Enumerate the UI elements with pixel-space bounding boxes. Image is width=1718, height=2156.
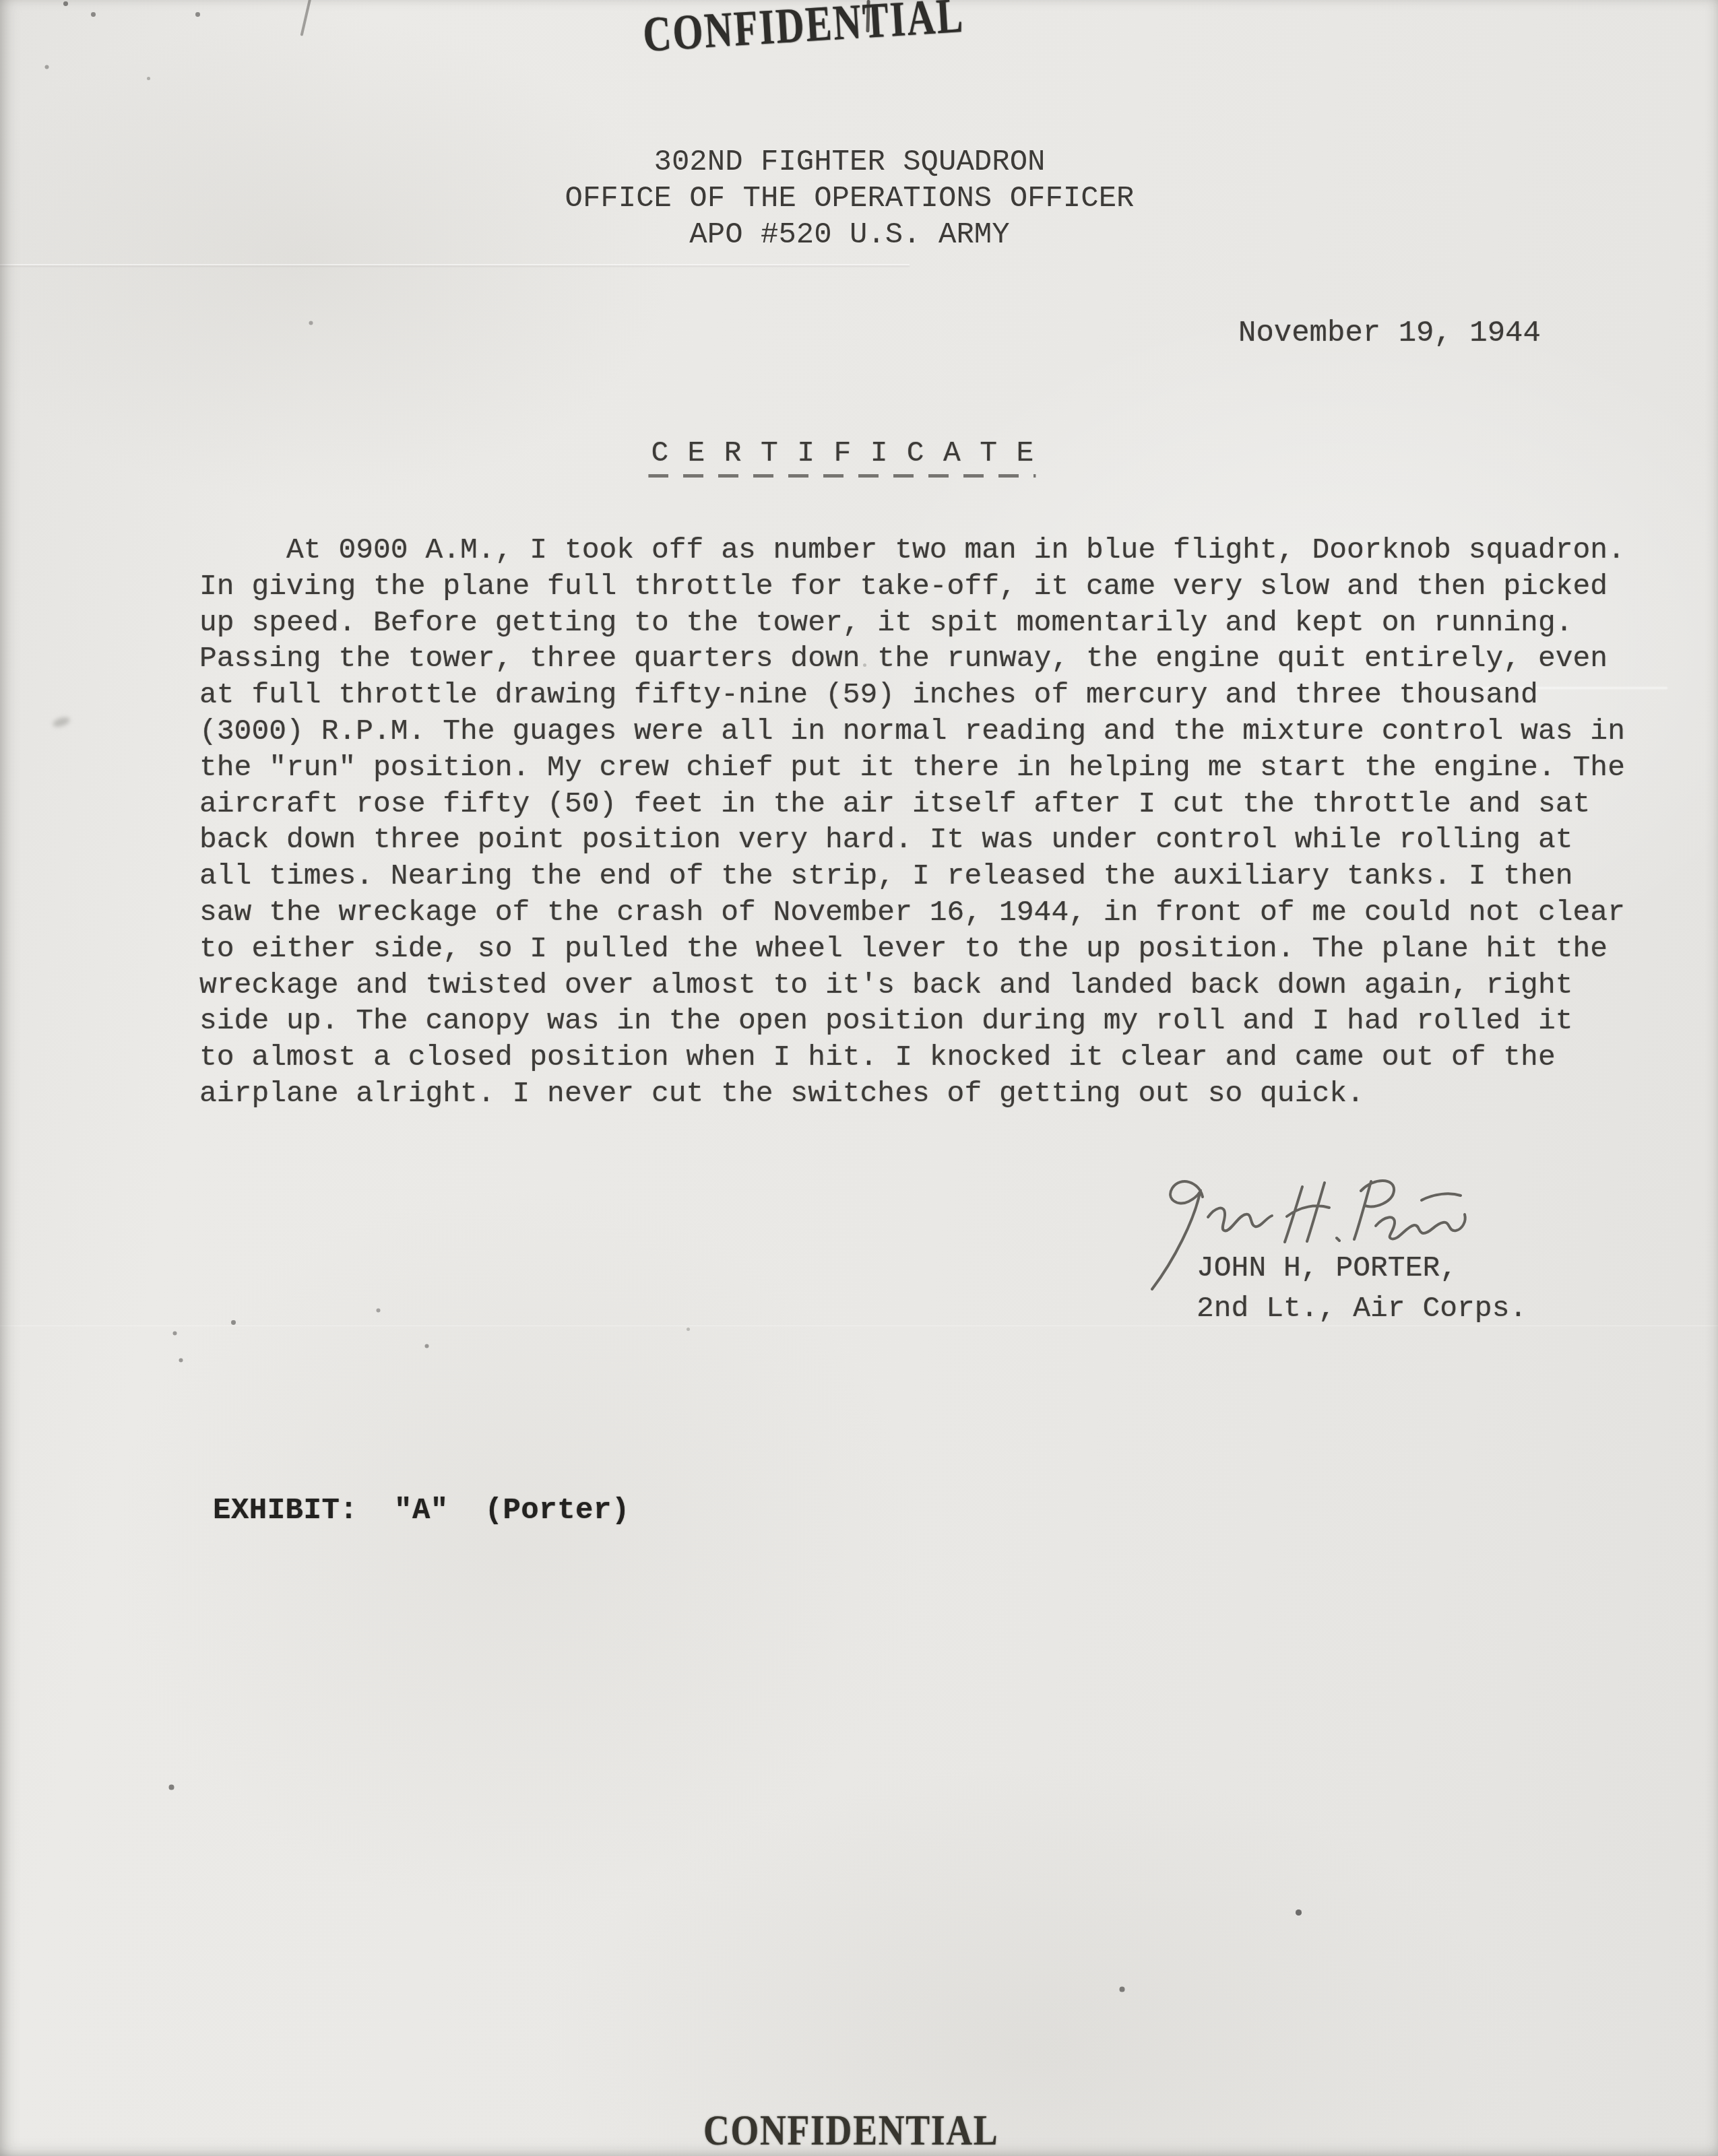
signature-typed-name: JOHN H, PORTER, xyxy=(1197,1251,1457,1284)
pen-stroke-mark xyxy=(300,0,312,36)
scan-specks xyxy=(0,0,2,2)
document-title: C E R T I F I C A T E xyxy=(651,436,1034,478)
letterhead: 302ND FIGHTER SQUADRON OFFICE OF THE OPE… xyxy=(565,144,1135,253)
letterhead-apo: APO #520 U.S. ARMY xyxy=(565,217,1135,253)
letterhead-office: OFFICE OF THE OPERATIONS OFFICER xyxy=(565,181,1135,217)
scanned-document-page: CONFIDENTIAL 302ND FIGHTER SQUADRON OFFI… xyxy=(0,0,1718,2156)
ink-smudge xyxy=(52,715,71,728)
letterhead-unit: 302ND FIGHTER SQUADRON xyxy=(565,144,1135,181)
confidential-stamp-bottom: CONFIDENTIAL xyxy=(703,2105,998,2155)
certificate-body: At 0900 A.M., I took off as number two m… xyxy=(199,532,1625,1112)
paper-crease xyxy=(0,1326,1718,1326)
paper-crease xyxy=(0,264,910,265)
confidential-stamp-top: CONFIDENTIAL xyxy=(641,0,965,64)
signature-rank: 2nd Lt., Air Corps. xyxy=(1197,1292,1527,1325)
date-line: November 19, 1944 xyxy=(1238,317,1541,350)
exhibit-label: EXHIBIT: "A" (Porter) xyxy=(213,1494,630,1528)
